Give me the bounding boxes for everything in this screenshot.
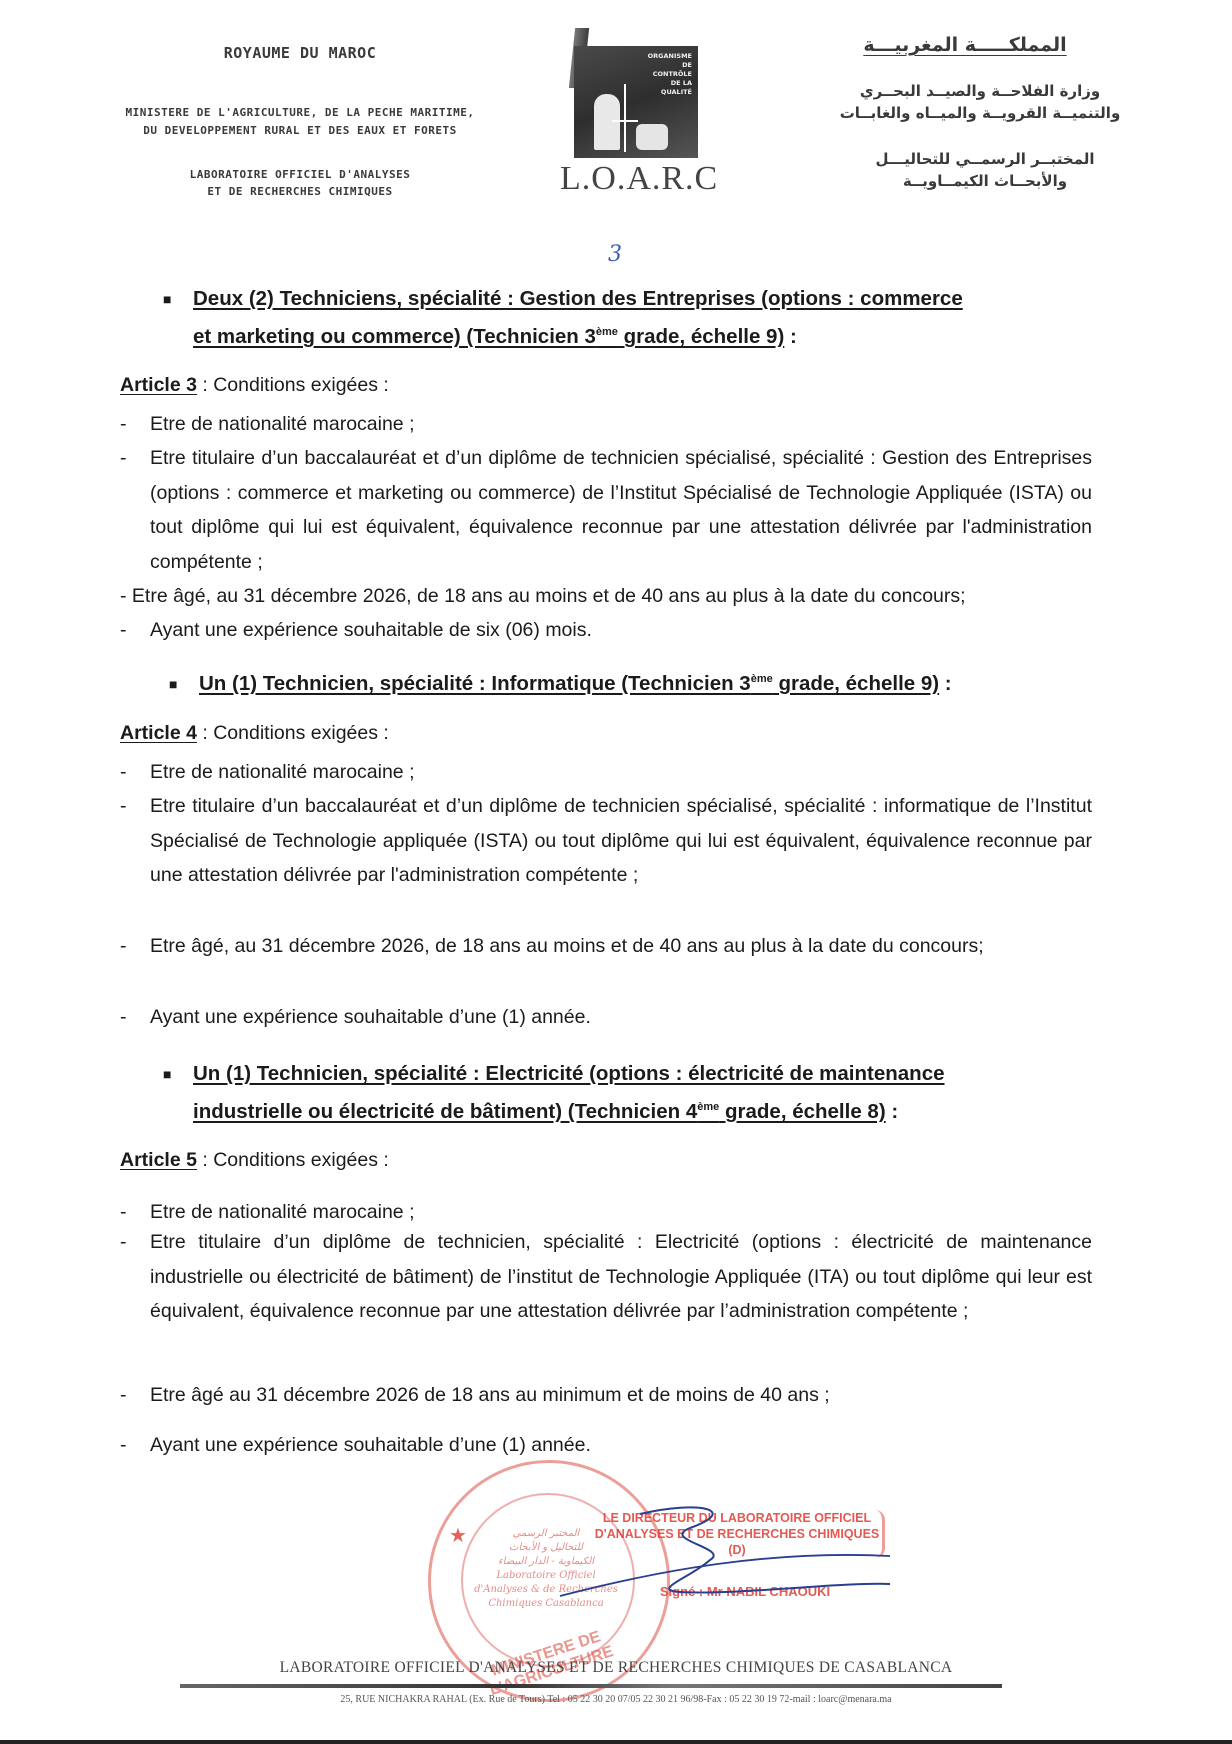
section-heading-informatique: ■ Un (1) Technicien, spécialité : Inform… [199,665,1099,703]
logo-caption-line: QUALITÉ [648,88,692,97]
lab-arabic-line-2: والأبحــاث الكيمــاويــة [850,170,1120,192]
heading-line: et marketing ou commerce) (Technicien 3 [193,325,596,348]
ministry-arabic-line-2: والتنميــة القرويــة والميــاه والغابــا… [820,102,1140,124]
ministry-arabic-line-1: وزارة الفلاحــة والصيــد البحــري [820,80,1140,102]
logo-caption-line: ORGANISME [648,52,692,61]
heading-tail: : [886,1100,899,1123]
article-label: Article 4 [120,722,197,744]
logo-caption: ORGANISME DE CONTRÔLE DE LA QUALITÉ [648,52,692,97]
footer-divider [180,1684,1002,1688]
flask-icon [636,124,668,150]
superscript: ème [751,673,773,685]
section-heading-gestion: ■ Deux (2) Techniciens, spécialité : Ges… [193,280,1093,356]
heading-line: Un (1) Technicien, spécialité : Informat… [199,672,751,695]
logo-caption-line: DE [648,61,692,70]
header-lab: LABORATOIRE OFFICIEL D'ANALYSES ET DE RE… [150,166,450,200]
list-item: -Etre titulaire d’un diplôme de technici… [120,1225,1092,1329]
header-ministry-arabic: وزارة الفلاحــة والصيــد البحــري والتنم… [820,80,1140,124]
header-kingdom-arabic: المملكـــــة المغربيـــة [830,34,1100,56]
article-5-title: Article 5 : Conditions exigées : [120,1149,389,1172]
list-item: -Ayant une expérience souhaitable d’une … [120,1428,1092,1463]
ministry-line-1: MINISTERE DE L'AGRICULTURE, DE LA PECHE … [100,104,500,122]
list-item: - Etre âgé, au 31 décembre 2026, de 18 a… [120,579,1092,614]
article-3-title: Article 3 : Conditions exigées : [120,374,389,397]
superscript: ème [697,1101,719,1113]
handwritten-signature [540,1500,900,1610]
heading-line: Un (1) Technicien, spécialité : Electric… [193,1062,945,1085]
article-label: Article 5 [120,1149,197,1171]
list-item: -Etre âgé, au 31 décembre 2026, de 18 an… [120,929,1092,964]
list-item: -Etre titulaire d’un baccalauréat et d’u… [120,789,1092,893]
section-heading-electricite: ■ Un (1) Technicien, spécialité : Electr… [193,1055,1093,1131]
star-icon: ★ [449,1523,467,1548]
header-lab-arabic: المختبــر الرسمــي للتحاليـــل والأبحــا… [850,148,1120,192]
heading-line: Deux (2) Techniciens, spécialité : Gesti… [193,287,963,310]
loarc-logo: ORGANISME DE CONTRÔLE DE LA QUALITÉ [574,46,698,158]
microscope-icon [594,94,620,150]
list-item: -Etre âgé au 31 décembre 2026 de 18 ans … [120,1378,1092,1413]
footer-address: 25, RUE NICHAKRA RAHAL (Ex. Rue de Tours… [200,1694,1032,1705]
crosshair-icon [612,120,638,122]
handwritten-page-number: 3 [608,242,622,267]
list-item: -Etre titulaire d’un baccalauréat et d’u… [120,441,1092,579]
lab-arabic-line-1: المختبــر الرسمــي للتحاليـــل [850,148,1120,170]
list-item: -Ayant une expérience souhaitable d’une … [120,1000,1092,1035]
ministry-line-2: DU DEVELOPPEMENT RURAL ET DES EAUX ET FO… [100,122,500,140]
heading-line: grade, échelle 9) [618,325,784,348]
page-edge [0,1740,1232,1744]
bullet-icon: ■ [163,280,171,318]
heading-tail: : [784,325,797,348]
article-text: : Conditions exigées : [197,374,389,396]
list-item: -Ayant une expérience souhaitable de six… [120,613,1092,648]
list-item: -Etre de nationalité marocaine ; [120,407,1092,442]
logo-acronym: L.O.A.R.C [560,160,710,198]
heading-tail: : [939,672,952,695]
header-kingdom: ROYAUME DU MAROC [150,44,450,62]
logo-caption-line: CONTRÔLE [648,70,692,79]
heading-line: industrielle ou électricité de bâtiment)… [193,1100,697,1123]
article-label: Article 3 [120,374,197,396]
logo-caption-line: DE LA [648,79,692,88]
lab-line-1: LABORATOIRE OFFICIEL D'ANALYSES [150,166,450,183]
article-text: : Conditions exigées : [197,722,389,744]
bullet-icon: ■ [163,1055,171,1093]
footer-title: LABORATOIRE OFFICIEL D'ANALYSES ET DE RE… [200,1659,1032,1677]
heading-line: grade, échelle 8) [719,1100,885,1123]
header-ministry: MINISTERE DE L'AGRICULTURE, DE LA PECHE … [100,104,500,140]
superscript: ème [596,326,618,338]
list-item: -Etre de nationalité marocaine ; [120,755,1092,790]
article-text: : Conditions exigées : [197,1149,389,1171]
bullet-icon: ■ [169,665,177,703]
article-4-title: Article 4 : Conditions exigées : [120,722,389,745]
lab-line-2: ET DE RECHERCHES CHIMIQUES [150,183,450,200]
heading-line: grade, échelle 9) [773,672,939,695]
crosshair-icon [624,84,626,152]
